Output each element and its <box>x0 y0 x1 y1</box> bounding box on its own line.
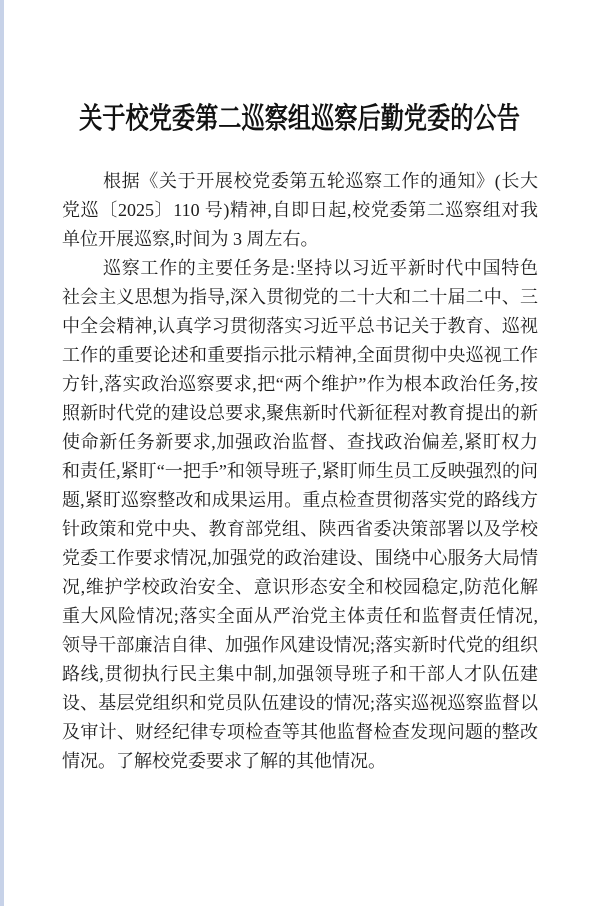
notice-title-text: 关于校党委第二巡察组巡察后勤党委的公告 <box>79 99 520 139</box>
paragraph-main-tasks: 巡察工作的主要任务是:坚持以习近平新时代中国特色社会主义思想为指导,深入贯彻党的… <box>62 254 538 776</box>
paragraph-basis: 根据《关于开展校党委第五轮巡察工作的通知》(长大党巡〔2025〕110 号)精神… <box>62 167 538 254</box>
notice-title: 关于校党委第二巡察组巡察后勤党委的公告 <box>0 99 599 139</box>
notice-body: 根据《关于开展校党委第五轮巡察工作的通知》(长大党巡〔2025〕110 号)精神… <box>62 167 538 776</box>
scanned-notice-page: 关于校党委第二巡察组巡察后勤党委的公告 根据《关于开展校党委第五轮巡察工作的通知… <box>0 0 599 906</box>
